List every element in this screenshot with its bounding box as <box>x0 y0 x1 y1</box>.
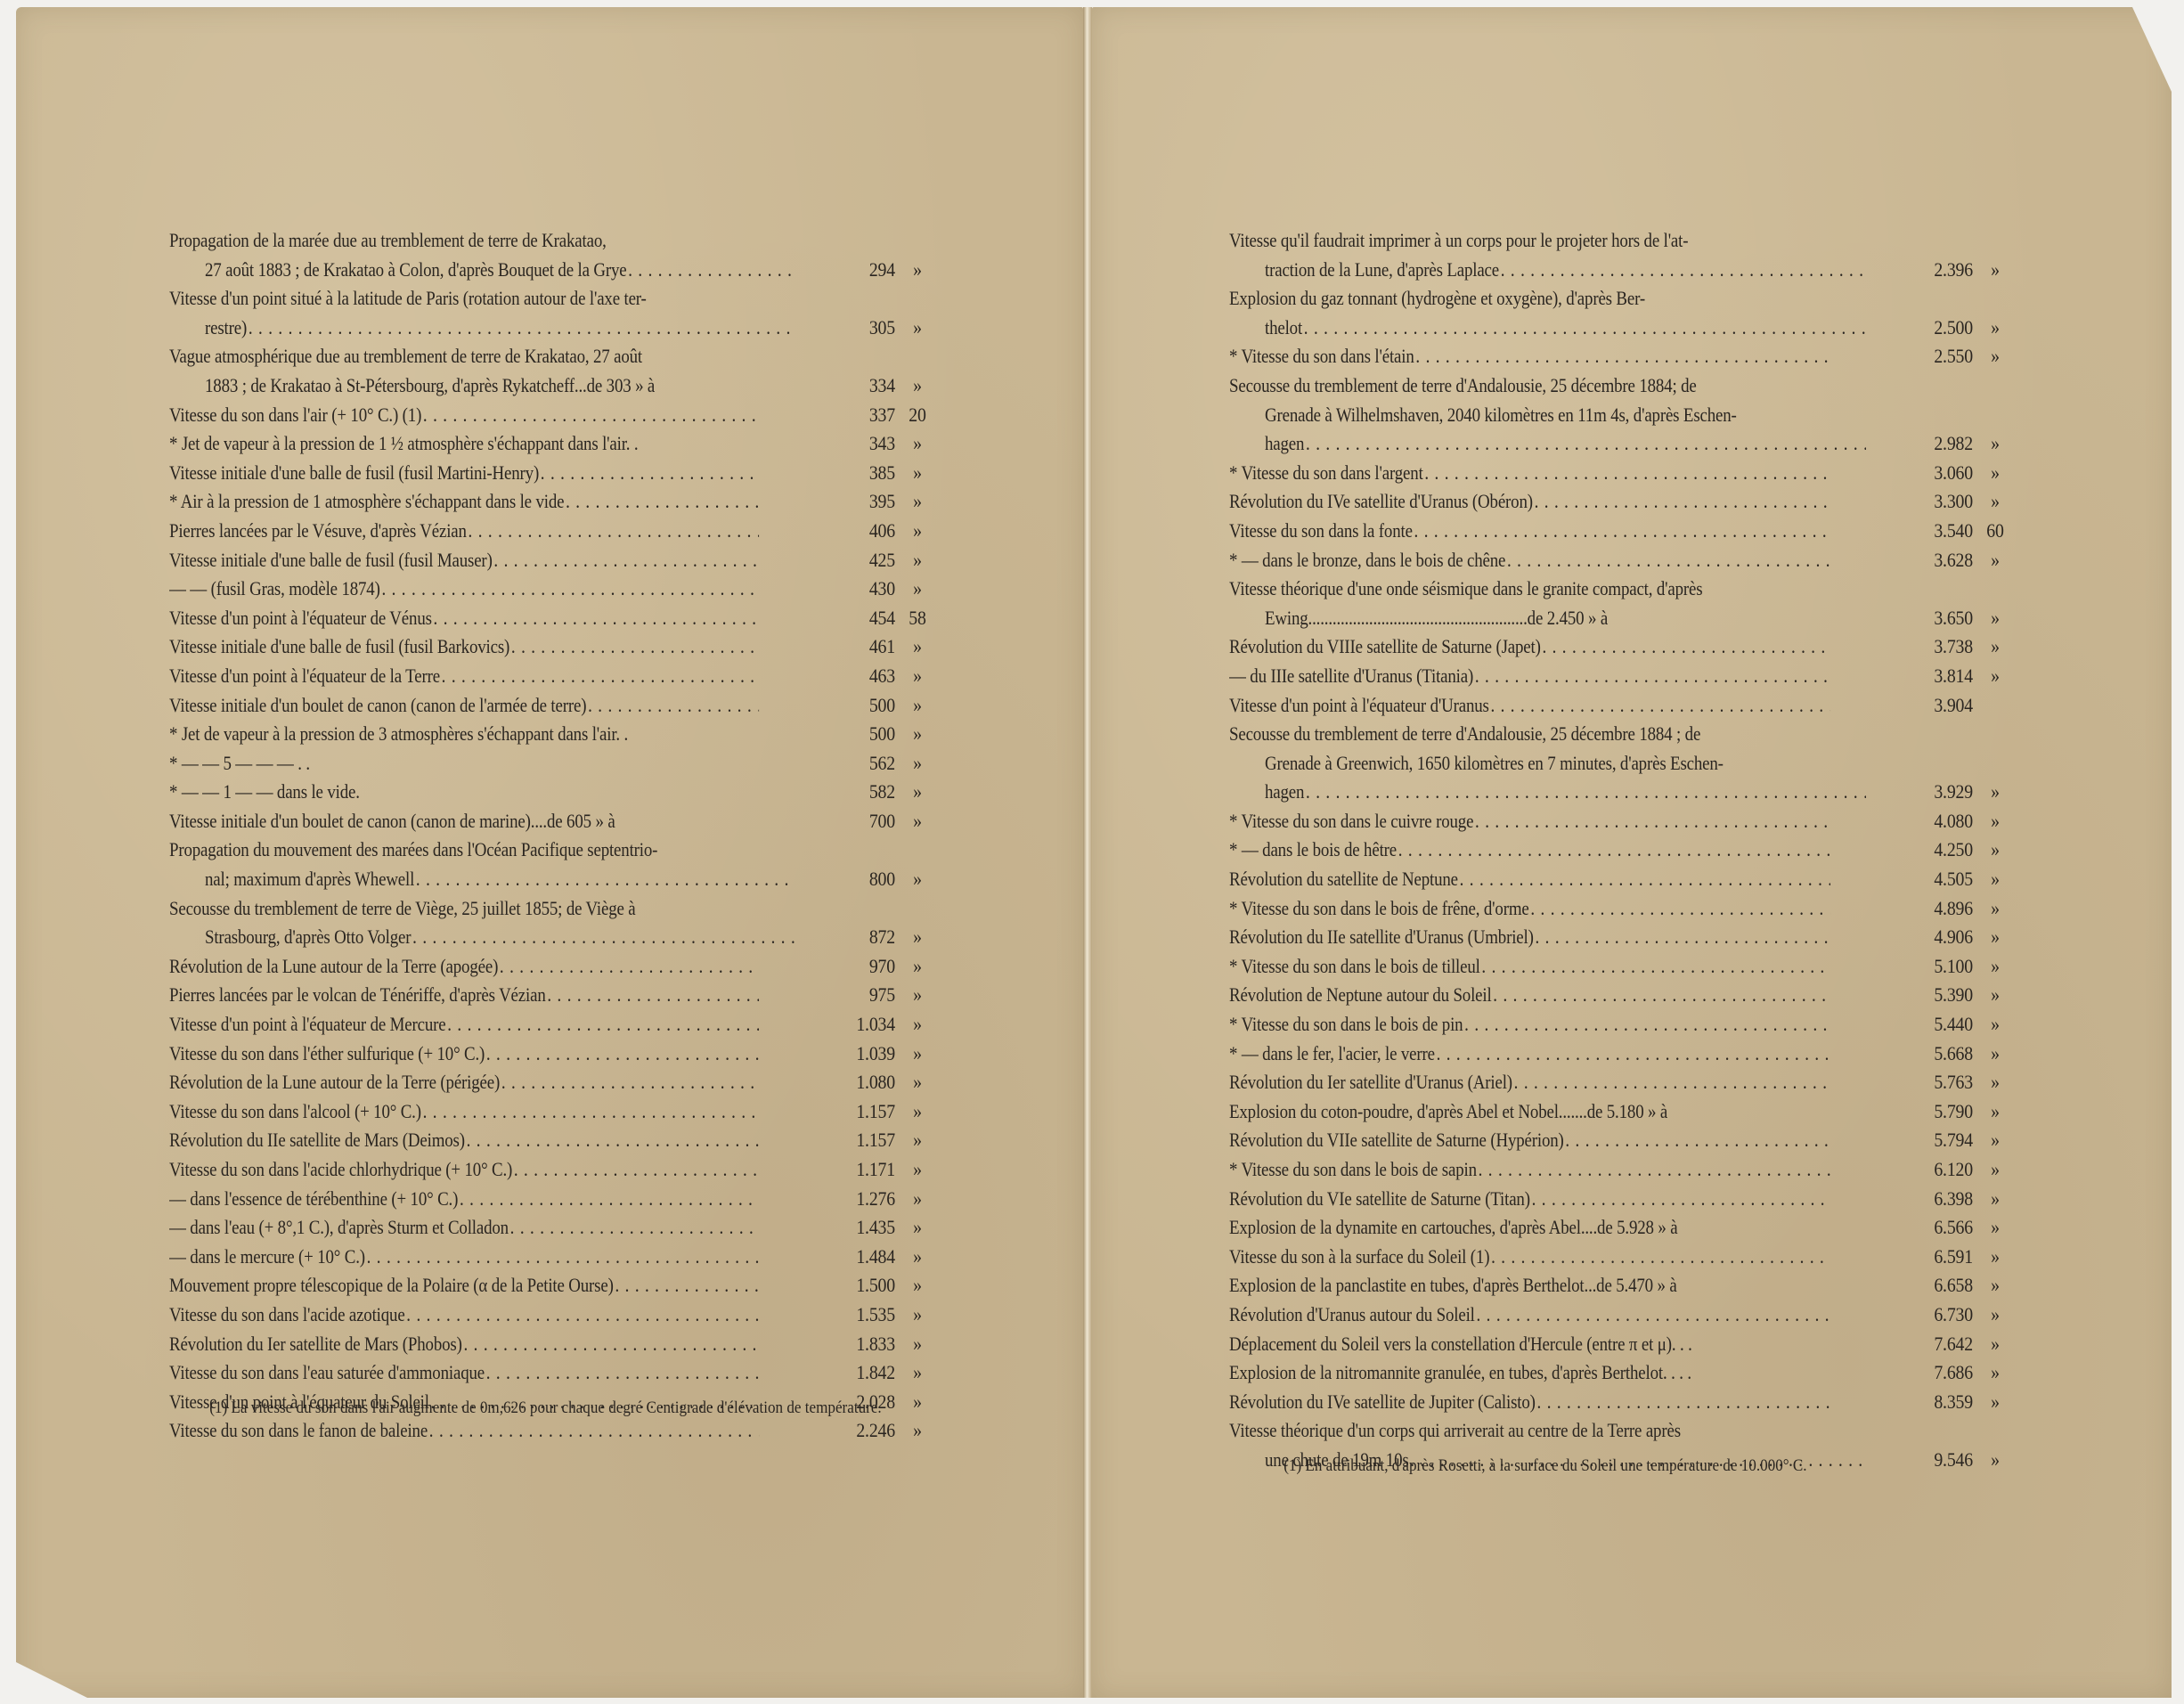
dot-leader <box>1424 459 1830 488</box>
dot-leader <box>447 1010 759 1040</box>
dot-leader <box>510 1213 760 1243</box>
row-description: Déplacement du Soleil vers la constellat… <box>1229 1330 1830 1359</box>
velocity-value: 395 <box>823 487 895 517</box>
velocity-value: 2.550 <box>1901 342 1973 371</box>
velocity-value: 562 <box>823 749 895 779</box>
velocity-decimal: » <box>1979 342 2011 371</box>
row-label: Vitesse du son dans l'eau saturée d'ammo… <box>169 1358 485 1388</box>
row-label: Révolution du VIe satellite de Saturne (… <box>1229 1185 1530 1214</box>
dot-leader <box>1725 749 1867 779</box>
velocity-decimal: » <box>1979 1126 2011 1155</box>
dot-leader <box>463 1330 759 1359</box>
table-row: 27 août 1883 ; de Krakatao à Colon, d'ap… <box>169 256 989 285</box>
dot-leader <box>1479 1155 1831 1185</box>
dot-leader <box>1537 1388 1831 1417</box>
row-description: Révolution de la Lune autour de la Terre… <box>169 1068 759 1097</box>
velocity-decimal: » <box>901 575 933 604</box>
row-description: * Vitesse du son dans le bois de frêne, … <box>1229 894 1830 924</box>
velocity-decimal: 58 <box>901 604 933 633</box>
row-description: Vitesse initiale d'un boulet de canon (c… <box>169 807 759 836</box>
velocity-value: 1.500 <box>823 1271 895 1300</box>
velocity-decimal: » <box>901 691 933 721</box>
dot-leader <box>630 720 759 749</box>
velocity-value: 3.814 <box>1901 662 1973 691</box>
row-description: Vitesse d'un point situé à la latitude d… <box>169 284 759 314</box>
dot-leader <box>249 314 795 343</box>
table-row: * Vitesse du son dans le bois de sapin6.… <box>1229 1155 2058 1185</box>
dot-leader <box>616 807 759 836</box>
velocity-value: 5.794 <box>1901 1126 1973 1155</box>
row-label: Explosion de la dynamite en cartouches, … <box>1229 1213 1677 1243</box>
velocity-decimal: » <box>1979 836 2011 865</box>
velocity-value: 4.505 <box>1901 865 1973 894</box>
dot-leader <box>486 1040 759 1069</box>
row-label: * Vitesse du son dans le bois de tilleul <box>1229 952 1480 982</box>
dot-leader <box>493 546 759 575</box>
table-row: Vitesse d'un point situé à la latitude d… <box>169 284 989 314</box>
velocity-decimal: » <box>1979 1213 2011 1243</box>
velocity-decimal: » <box>1979 1300 2011 1330</box>
dot-leader <box>460 1185 759 1214</box>
velocity-value: 8.359 <box>1901 1388 1973 1417</box>
velocity-decimal: » <box>901 1213 933 1243</box>
row-label: — dans l'eau (+ 8°,1 C.), d'après Sturm … <box>169 1213 509 1243</box>
row-description: Vitesse qu'il faudrait imprimer à un cor… <box>1229 226 1830 256</box>
row-description: Vitesse du son dans l'eau saturée d'ammo… <box>169 1358 759 1388</box>
velocity-decimal: » <box>901 632 933 662</box>
table-row: * Vitesse du son dans l'étain2.550» <box>1229 342 2058 371</box>
row-label: Révolution du VIIe satellite de Saturne … <box>1229 1126 1564 1155</box>
table-row: Vitesse du son dans le fanon de baleine2… <box>169 1416 989 1446</box>
table-row: * Vitesse du son dans le bois de frêne, … <box>1229 894 2058 924</box>
velocity-value: 2.396 <box>1901 256 1973 285</box>
row-description: — dans l'essence de térébenthine (+ 10° … <box>169 1185 759 1214</box>
row-label: Révolution du IVe satellite d'Uranus (Ob… <box>1229 487 1533 517</box>
velocity-value: 6.398 <box>1901 1185 1973 1214</box>
table-row: restre)305» <box>169 314 989 343</box>
velocity-value: 5.763 <box>1901 1068 1973 1097</box>
dot-leader <box>648 284 759 314</box>
row-label: Pierres lancées par le Vésuve, d'après V… <box>169 517 467 546</box>
table-row: Révolution du Ier satellite de Mars (Pho… <box>169 1330 989 1359</box>
row-label: Explosion du coton-poudre, d'après Abel … <box>1229 1097 1667 1127</box>
row-description: * Jet de vapeur à la pression de 3 atmos… <box>169 720 759 749</box>
row-description: * Vitesse du son dans l'étain <box>1229 342 1830 371</box>
velocity-value: 975 <box>823 981 895 1010</box>
table-row: — dans le mercure (+ 10° C.)1.484» <box>169 1243 989 1272</box>
velocity-decimal: » <box>1979 1155 2011 1185</box>
dot-leader <box>566 487 759 517</box>
row-label: Vitesse initiale d'un boulet de canon (c… <box>169 807 615 836</box>
dot-leader <box>467 1126 760 1155</box>
table-row: * Jet de vapeur à la pression de 1 ½ atm… <box>169 429 989 459</box>
velocity-decimal: » <box>901 1010 933 1040</box>
dot-leader <box>367 1243 760 1272</box>
table-row: * Jet de vapeur à la pression de 3 atmos… <box>169 720 989 749</box>
velocity-value: 406 <box>823 517 895 546</box>
velocity-decimal: » <box>901 314 933 343</box>
dot-leader <box>644 342 759 371</box>
velocity-value: 5.668 <box>1901 1040 1973 1069</box>
row-description: Vitesse du son dans l'alcool (+ 10° C.) <box>169 1097 759 1127</box>
table-row: Vitesse initiale d'une balle de fusil (f… <box>169 546 989 575</box>
row-description: Explosion de la dynamite en cartouches, … <box>1229 1213 1830 1243</box>
row-description: Vitesse théorique d'une onde séismique d… <box>1229 575 1830 604</box>
velocity-decimal: » <box>901 459 933 488</box>
velocity-value: 3.540 <box>1901 517 1973 546</box>
row-label: Ewing...................................… <box>1265 604 1608 633</box>
row-description: Secousse du tremblement de terre de Vièg… <box>169 894 759 924</box>
row-description: restre) <box>205 314 795 343</box>
row-description: Pierres lancées par le volcan de Ténérif… <box>169 981 759 1010</box>
row-description: Vitesse initiale d'une balle de fusil (f… <box>169 546 759 575</box>
row-description: Vitesse d'un point à l'équateur de Vénus <box>169 604 759 633</box>
row-description: — dans l'eau (+ 8°,1 C.), d'après Sturm … <box>169 1213 759 1243</box>
velocity-decimal: » <box>901 952 933 982</box>
dot-leader <box>1476 1300 1830 1330</box>
dot-leader <box>656 371 795 401</box>
row-label: Strasbourg, d'après Otto Volger <box>205 923 411 952</box>
row-description: Explosion du coton-poudre, d'après Abel … <box>1229 1097 1830 1127</box>
row-label: Secousse du tremblement de terre de Vièg… <box>169 894 636 924</box>
velocity-value: 1.833 <box>823 1330 895 1359</box>
row-description: Révolution d'Uranus autour du Soleil <box>1229 1300 1830 1330</box>
row-description: * Vitesse du son dans l'argent <box>1229 459 1830 488</box>
velocity-decimal: » <box>1979 662 2011 691</box>
table-row: Révolution du VIe satellite de Saturne (… <box>1229 1185 2058 1214</box>
dot-leader <box>434 604 760 633</box>
velocity-value: 4.896 <box>1901 894 1973 924</box>
table-row: Vitesse du son dans l'acide azotique1.53… <box>169 1300 989 1330</box>
row-label: Vitesse initiale d'un boulet de canon (c… <box>169 691 586 721</box>
table-row: — dans l'eau (+ 8°,1 C.), d'après Sturm … <box>169 1213 989 1243</box>
row-label: — — (fusil Gras, modèle 1874) <box>169 575 380 604</box>
row-label: * Vitesse du son dans l'étain <box>1229 342 1414 371</box>
row-description: * — dans le bronze, dans le bois de chên… <box>1229 546 1830 575</box>
row-label: Révolution de la Lune autour de la Terre… <box>169 1068 500 1097</box>
velocity-decimal: » <box>1979 923 2011 952</box>
velocity-value: 6.658 <box>1901 1271 1973 1300</box>
dot-leader <box>1398 836 1830 865</box>
row-label: Déplacement du Soleil vers la constellat… <box>1229 1330 1692 1359</box>
table-row: Vitesse initiale d'une balle de fusil (f… <box>169 459 989 488</box>
row-label: * — dans le bois de hêtre <box>1229 836 1397 865</box>
dot-leader <box>1507 546 1830 575</box>
row-label: Vitesse d'un point à l'équateur de Vénus <box>169 604 432 633</box>
dot-leader <box>1683 1416 1830 1446</box>
velocity-decimal: » <box>901 256 933 285</box>
table-row: — — (fusil Gras, modèle 1874)430» <box>169 575 989 604</box>
row-description: Secousse du tremblement de terre d'Andal… <box>1229 371 1830 401</box>
row-description: — du IIIe satellite d'Uranus (Titania) <box>1229 662 1830 691</box>
right-velocity-table: Vitesse qu'il faudrait imprimer à un cor… <box>1229 226 2058 1475</box>
velocity-value: 7.642 <box>1901 1330 1973 1359</box>
table-row: Vitesse du son à la surface du Soleil (1… <box>1229 1243 2058 1272</box>
dot-leader <box>511 632 759 662</box>
row-description: Vitesse d'un point à l'équateur d'Uranus <box>1229 691 1830 721</box>
table-row: thelot2.500» <box>1229 314 2058 343</box>
row-label: * — dans le fer, l'acier, le verre <box>1229 1040 1435 1069</box>
row-description: Ewing...................................… <box>1265 604 1866 633</box>
table-row: Explosion de la panclastite en tubes, d'… <box>1229 1271 2058 1300</box>
velocity-value: 2.500 <box>1901 314 1973 343</box>
velocity-decimal: 60 <box>1979 517 2011 546</box>
left-page: Propagation de la marée due au trembleme… <box>16 7 1083 1698</box>
table-row: * — dans le bronze, dans le bois de chên… <box>1229 546 2058 575</box>
row-description: Explosion du gaz tonnant (hydrogène et o… <box>1229 284 1830 314</box>
table-row: Révolution du Ier satellite d'Uranus (Ar… <box>1229 1068 2058 1097</box>
table-row: Vitesse d'un point à l'équateur d'Uranus… <box>1229 691 2058 721</box>
table-row: Vitesse du son dans l'acide chlorhydriqu… <box>169 1155 989 1185</box>
row-label: Vitesse initiale d'une balle de fusil (f… <box>169 632 509 662</box>
row-description: 1883 ; de Krakatao à St-Pétersbourg, d'a… <box>205 371 795 401</box>
row-label: * Vitesse du son dans l'argent <box>1229 459 1423 488</box>
row-label: Explosion de la panclastite en tubes, d'… <box>1229 1271 1677 1300</box>
row-label: * Vitesse du son dans le cuivre rouge <box>1229 807 1473 836</box>
row-label: Révolution du satellite de Neptune <box>1229 865 1458 894</box>
table-row: Révolution de la Lune autour de la Terre… <box>169 952 989 982</box>
velocity-value: 6.730 <box>1901 1300 1973 1330</box>
row-label: Vitesse d'un point situé à la latitude d… <box>169 284 647 314</box>
row-description: * Vitesse du son dans le bois de tilleul <box>1229 952 1830 982</box>
dot-leader <box>1306 778 1866 807</box>
dot-leader <box>1669 1097 1830 1127</box>
velocity-decimal: » <box>901 429 933 459</box>
table-row: Vitesse théorique d'un corps qui arriver… <box>1229 1416 2058 1446</box>
velocity-value: 582 <box>823 778 895 807</box>
row-label: Vitesse du son dans l'air (+ 10° C.) (1) <box>169 401 421 430</box>
row-label: Propagation du mouvement des marées dans… <box>169 836 657 865</box>
table-row: * — — 5 — — — . .562» <box>169 749 989 779</box>
velocity-decimal: » <box>1979 1330 2011 1359</box>
row-label: * — dans le bronze, dans le bois de chên… <box>1229 546 1505 575</box>
row-description: Révolution du Ier satellite de Mars (Pho… <box>169 1330 759 1359</box>
row-label: Vitesse initiale d'une balle de fusil (f… <box>169 459 539 488</box>
velocity-decimal: 20 <box>901 401 933 430</box>
table-row: Révolution du IVe satellite de Jupiter (… <box>1229 1388 2058 1417</box>
velocity-value: 1.157 <box>823 1097 895 1127</box>
velocity-value: 3.738 <box>1901 632 1973 662</box>
dot-leader <box>1437 1040 1831 1069</box>
velocity-value: 4.250 <box>1901 836 1973 865</box>
velocity-decimal: » <box>901 1300 933 1330</box>
row-description: hagen <box>1265 778 1866 807</box>
row-label: — dans le mercure (+ 10° C.) <box>169 1243 365 1272</box>
dot-leader <box>1530 894 1830 924</box>
velocity-decimal: » <box>1979 314 2011 343</box>
velocity-decimal: » <box>1979 546 2011 575</box>
velocity-value: 5.790 <box>1901 1097 1973 1127</box>
row-label: * Vitesse du son dans le bois de pin <box>1229 1010 1463 1040</box>
table-row: Vitesse initiale d'une balle de fusil (f… <box>169 632 989 662</box>
row-description: * — dans le fer, l'acier, le verre <box>1229 1040 1830 1069</box>
velocity-decimal: » <box>1979 1358 2011 1388</box>
velocity-decimal: » <box>1979 1243 2011 1272</box>
row-description: * — dans le bois de hêtre <box>1229 836 1830 865</box>
row-label: Vitesse du son dans la fonte <box>1229 517 1413 546</box>
table-row: Révolution du VIIIe satellite de Saturne… <box>1229 632 2058 662</box>
dot-leader <box>1475 807 1830 836</box>
velocity-decimal: » <box>1979 429 2011 459</box>
dot-leader <box>1304 314 1866 343</box>
row-label: Grenade à Greenwich, 1650 kilomètres en … <box>1265 749 1724 779</box>
row-label: — du IIIe satellite d'Uranus (Titania) <box>1229 662 1473 691</box>
row-description: Strasbourg, d'après Otto Volger <box>205 923 795 952</box>
dot-leader <box>1481 952 1830 982</box>
velocity-value: 4.906 <box>1901 923 1973 952</box>
velocity-value: 500 <box>823 720 895 749</box>
table-row: Mouvement propre télescopique de la Pola… <box>169 1271 989 1300</box>
dot-leader <box>1464 1010 1830 1040</box>
dot-leader <box>312 749 760 779</box>
dot-leader <box>1690 226 1830 256</box>
velocity-decimal: » <box>901 1097 933 1127</box>
velocity-decimal: » <box>1979 1068 2011 1097</box>
row-description: — dans le mercure (+ 10° C.) <box>169 1243 759 1272</box>
dot-leader <box>1693 1330 1830 1359</box>
row-label: Vague atmosphérique due au tremblement d… <box>169 342 642 371</box>
table-row: Secousse du tremblement de terre de Vièg… <box>169 894 989 924</box>
velocity-decimal: » <box>901 1126 933 1155</box>
velocity-value: 500 <box>823 691 895 721</box>
table-row: Révolution du IIe satellite de Mars (Dei… <box>169 1126 989 1155</box>
velocity-value: 3.904 <box>1901 691 1973 721</box>
velocity-decimal: » <box>1979 865 2011 894</box>
row-description: Vitesse du son dans l'acide azotique <box>169 1300 759 1330</box>
row-description: Vitesse du son à la surface du Soleil (1… <box>1229 1243 1830 1272</box>
dot-leader <box>541 459 759 488</box>
velocity-decimal: » <box>1979 459 2011 488</box>
row-label: Explosion du gaz tonnant (hydrogène et o… <box>1229 284 1645 314</box>
velocity-value: 334 <box>823 371 895 401</box>
table-row: Vitesse du son dans l'alcool (+ 10° C.)1… <box>169 1097 989 1127</box>
torn-corner-bottom-left <box>16 1662 87 1698</box>
row-description: Mouvement propre télescopique de la Pola… <box>169 1271 759 1300</box>
table-row: Grenade à Greenwich, 1650 kilomètres en … <box>1229 749 2058 779</box>
velocity-value: 385 <box>823 459 895 488</box>
page-gutter-fold <box>1083 7 1092 1698</box>
velocity-value: 294 <box>823 256 895 285</box>
velocity-decimal: » <box>1979 1185 2011 1214</box>
row-description: Propagation de la marée due au trembleme… <box>169 226 759 256</box>
velocity-value: 3.628 <box>1901 546 1973 575</box>
row-label: Révolution du IIe satellite de Mars (Dei… <box>169 1126 465 1155</box>
velocity-decimal: » <box>1979 487 2011 517</box>
velocity-decimal: » <box>1979 807 2011 836</box>
velocity-decimal: » <box>901 923 933 952</box>
table-row: 1883 ; de Krakatao à St-Pétersbourg, d'a… <box>169 371 989 401</box>
table-row: Explosion du gaz tonnant (hydrogène et o… <box>1229 284 2058 314</box>
row-label: Vitesse initiale d'une balle de fusil (f… <box>169 546 493 575</box>
dot-leader <box>1702 720 1830 749</box>
table-row: Grenade à Wilhelmshaven, 2040 kilomètres… <box>1229 401 2058 430</box>
table-row: * Vitesse du son dans le bois de tilleul… <box>1229 952 2058 982</box>
dot-leader <box>1414 517 1831 546</box>
row-label: Vitesse d'un point à l'équateur d'Uranus <box>1229 691 1489 721</box>
dot-leader <box>1475 662 1830 691</box>
table-row: Vitesse d'un point à l'équateur de la Te… <box>169 662 989 691</box>
velocity-decimal: » <box>1979 1010 2011 1040</box>
velocity-decimal: » <box>901 981 933 1010</box>
row-description: Pierres lancées par le Vésuve, d'après V… <box>169 517 759 546</box>
row-description: Révolution du VIIIe satellite de Saturne… <box>1229 632 1830 662</box>
velocity-value: 5.390 <box>1901 981 1973 1010</box>
row-description: Vitesse du son dans la fonte <box>1229 517 1830 546</box>
row-label: Révolution du Ier satellite d'Uranus (Ar… <box>1229 1068 1512 1097</box>
row-description: Vitesse initiale d'un boulet de canon (c… <box>169 691 759 721</box>
row-label: * Vitesse du son dans le bois de sapin <box>1229 1155 1477 1185</box>
row-label: thelot <box>1265 314 1302 343</box>
velocity-decimal: » <box>1979 632 2011 662</box>
velocity-decimal: » <box>901 1185 933 1214</box>
dot-leader <box>501 1068 759 1097</box>
velocity-decimal: » <box>901 517 933 546</box>
table-row: Vitesse d'un point à l'équateur de Vénus… <box>169 604 989 633</box>
row-description: * Vitesse du son dans le cuivre rouge <box>1229 807 1830 836</box>
row-label: Révolution d'Uranus autour du Soleil <box>1229 1300 1475 1330</box>
velocity-decimal: » <box>901 1416 933 1446</box>
table-row: Propagation du mouvement des marées dans… <box>169 836 989 865</box>
table-row: Révolution du VIIe satellite de Saturne … <box>1229 1126 2058 1155</box>
velocity-decimal: » <box>901 1155 933 1185</box>
left-footnote: (1) La vitesse du son dans l'air augment… <box>187 1397 997 1420</box>
row-description: * — — 1 — — dans le vide. <box>169 778 759 807</box>
right-footnote: (1) En attribuant, d'après Rosetti, à la… <box>1261 1455 2063 1478</box>
table-row: nal; maximum d'après Whewell800» <box>169 865 989 894</box>
table-row: * Vitesse du son dans le cuivre rouge4.0… <box>1229 807 2058 836</box>
table-row: Vague atmosphérique due au tremblement d… <box>169 342 989 371</box>
row-description: Vague atmosphérique due au tremblement d… <box>169 342 759 371</box>
dot-leader <box>607 226 759 256</box>
velocity-value: 461 <box>823 632 895 662</box>
table-row: Ewing...................................… <box>1229 604 2058 633</box>
velocity-value: 1.276 <box>823 1185 895 1214</box>
table-row: * — dans le bois de hêtre4.250» <box>1229 836 2058 865</box>
velocity-value: 463 <box>823 662 895 691</box>
row-label: 1883 ; de Krakatao à St-Pétersbourg, d'a… <box>205 371 655 401</box>
table-row: hagen3.929» <box>1229 778 2058 807</box>
row-description: Révolution du IIe satellite de Mars (Dei… <box>169 1126 759 1155</box>
table-row: Vitesse du son dans la fonte3.54060 <box>1229 517 2058 546</box>
row-description: * Jet de vapeur à la pression de 1 ½ atm… <box>169 429 759 459</box>
row-description: thelot <box>1265 314 1866 343</box>
row-label: Pierres lancées par le volcan de Ténérif… <box>169 981 546 1010</box>
table-row: Strasbourg, d'après Otto Volger872» <box>169 923 989 952</box>
dot-leader <box>1535 923 1830 952</box>
row-description: Révolution du Ier satellite d'Uranus (Ar… <box>1229 1068 1830 1097</box>
velocity-value: 6.591 <box>1901 1243 1973 1272</box>
dot-leader <box>500 952 759 982</box>
dot-leader <box>1493 981 1830 1010</box>
table-row: Vitesse du son dans l'air (+ 10° C.) (1)… <box>169 401 989 430</box>
row-label: Révolution du IIe satellite d'Uranus (Um… <box>1229 923 1534 952</box>
velocity-decimal: » <box>901 1330 933 1359</box>
velocity-value: 305 <box>823 314 895 343</box>
row-label: Vitesse qu'il faudrait imprimer à un cor… <box>1229 226 1688 256</box>
velocity-decimal: » <box>1979 894 2011 924</box>
dot-leader <box>412 923 795 952</box>
velocity-value: 1.484 <box>823 1243 895 1272</box>
row-description: Vitesse théorique d'un corps qui arriver… <box>1229 1416 1830 1446</box>
dot-leader <box>637 894 759 924</box>
row-description: * Vitesse du son dans le bois de sapin <box>1229 1155 1830 1185</box>
dot-leader <box>1542 632 1830 662</box>
dot-leader <box>1565 1126 1830 1155</box>
velocity-value: 1.535 <box>823 1300 895 1330</box>
row-label: Vitesse du son dans le fanon de baleine <box>169 1416 428 1446</box>
table-row: Révolution de la Lune autour de la Terre… <box>169 1068 989 1097</box>
row-description: 27 août 1883 ; de Krakatao à Colon, d'ap… <box>205 256 795 285</box>
